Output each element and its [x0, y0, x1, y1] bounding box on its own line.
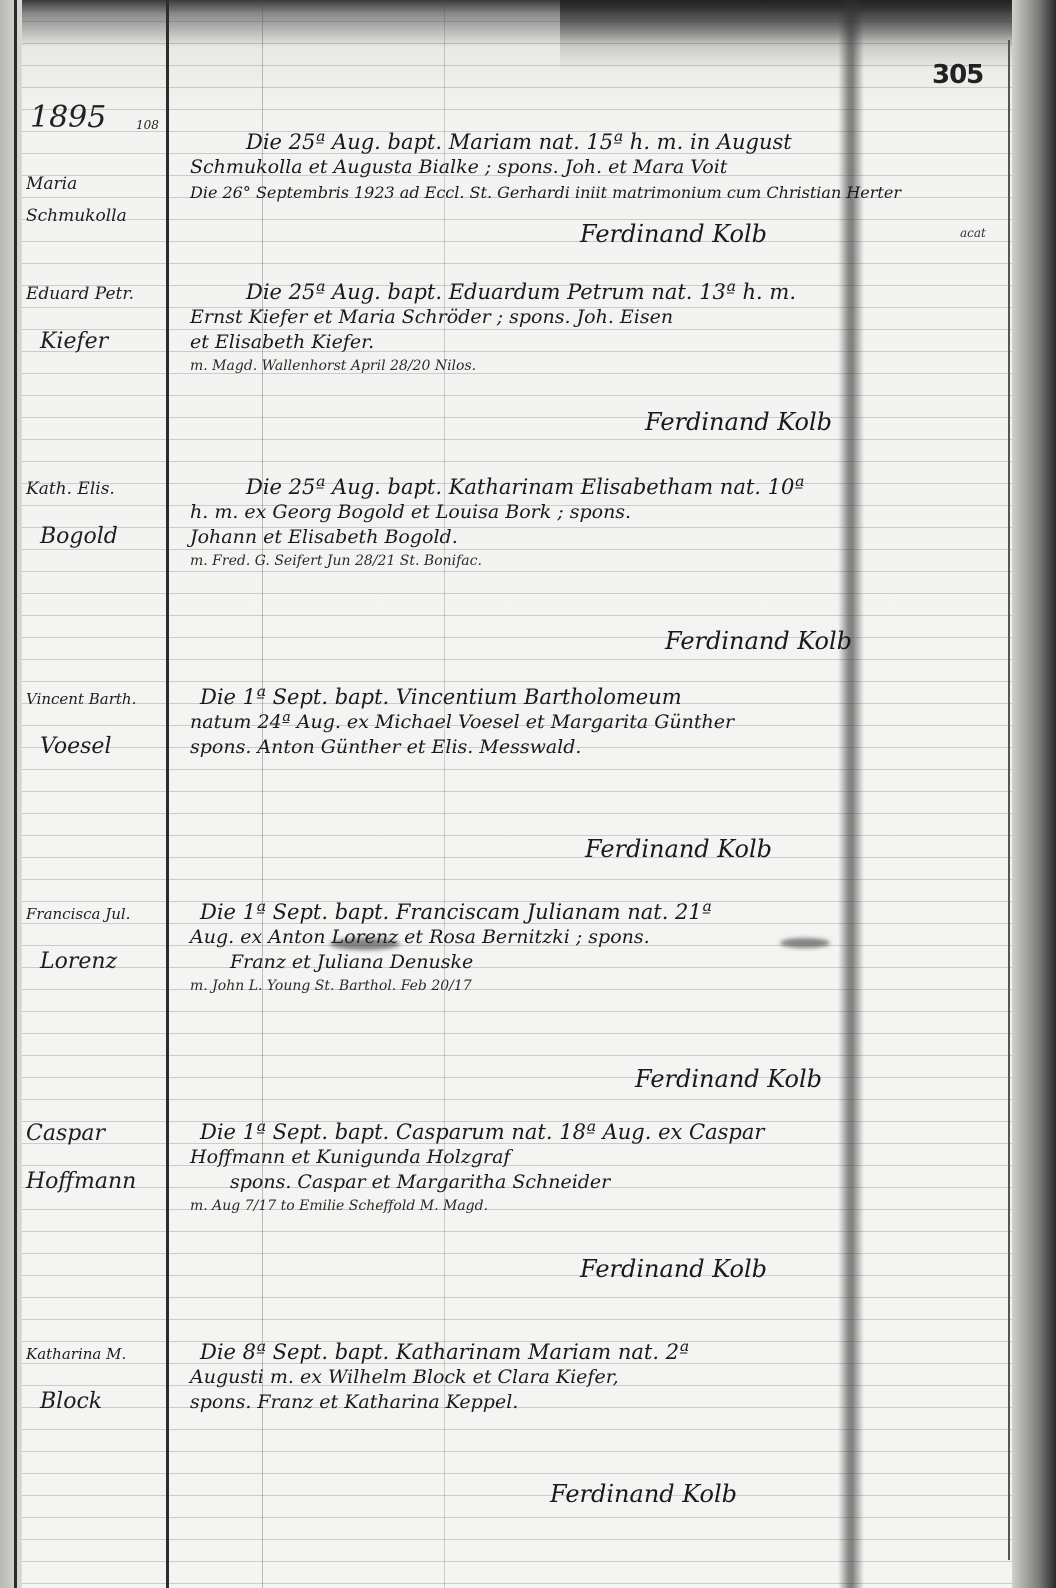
record-line: Aug. ex Anton Lorenz et Rosa Bernitzki ;…	[190, 925, 1010, 950]
record-line: spons. Caspar et Margaritha Schneider	[190, 1170, 1010, 1195]
baptism-record: Die 1ª Sept. bapt. Vincentium Bartholome…	[190, 685, 1010, 760]
ruled-line-right	[1008, 40, 1010, 1560]
ink-smudge	[780, 938, 830, 948]
marriage-annotation: m. Fred. G. Seifert Jun 28/21 St. Bonifa…	[190, 550, 1010, 572]
record-line: Die 26° Septembris 1923 ad Eccl. St. Ger…	[190, 180, 1010, 205]
child-given-name: Vincent Barth.	[26, 685, 166, 713]
child-surname: Bogold	[26, 523, 166, 551]
child-name: Kath. Elis. Bogold	[26, 475, 166, 551]
entry-number: 108	[136, 118, 159, 132]
priest-signature: Ferdinand Kolb	[580, 1255, 767, 1283]
record-line: spons. Franz et Katharina Keppel.	[190, 1390, 1010, 1415]
child-surname: Hoffmann	[26, 1168, 166, 1196]
record-line: Augusti m. ex Wilhelm Block et Clara Kie…	[190, 1365, 1010, 1390]
child-given-name: Eduard Petr.	[26, 280, 166, 308]
baptism-record: Die 25ª Aug. bapt. Katharinam Elisabetha…	[190, 475, 1010, 572]
record-line: Johann et Elisabeth Bogold.	[190, 525, 1010, 550]
record-line: Ernst Kiefer et Maria Schröder ; spons. …	[190, 305, 1010, 330]
child-given-name: Caspar	[26, 1120, 166, 1148]
record-line: Schmukolla et Augusta Bialke ; spons. Jo…	[190, 155, 1010, 180]
left-margin	[0, 0, 22, 1588]
page-edge	[1012, 0, 1056, 1588]
priest-signature: Ferdinand Kolb	[645, 408, 832, 436]
record-line: Hoffmann et Kunigunda Holzgraf	[190, 1145, 1010, 1170]
priest-signature: Ferdinand Kolb	[580, 220, 767, 248]
child-name: Vincent Barth. Voesel	[26, 685, 166, 761]
priest-signature: Ferdinand Kolb	[585, 835, 772, 863]
child-given-name: Maria	[26, 170, 166, 198]
record-line: Die 25ª Aug. bapt. Katharinam Elisabetha…	[190, 475, 1010, 500]
record-line: Die 1ª Sept. bapt. Casparum nat. 18ª Aug…	[190, 1120, 1010, 1145]
child-name: Maria Schmukolla	[26, 170, 166, 230]
record-line: spons. Anton Günther et Elis. Messwald.	[190, 735, 1010, 760]
ruled-line-left	[14, 0, 17, 1588]
child-given-name: Kath. Elis.	[26, 475, 166, 503]
baptism-record: Die 8ª Sept. bapt. Katharinam Mariam nat…	[190, 1340, 1010, 1415]
child-given-name: Francisca Jul.	[26, 900, 166, 928]
baptism-record: Die 1ª Sept. bapt. Franciscam Julianam n…	[190, 900, 1010, 997]
ruled-line-name-column	[166, 0, 169, 1588]
child-surname: Schmukolla	[26, 202, 166, 230]
record-line: Die 1ª Sept. bapt. Vincentium Bartholome…	[190, 685, 1010, 710]
page-number: 305	[932, 60, 983, 90]
marriage-annotation: m. Aug 7/17 to Emilie Scheffold M. Magd.	[190, 1195, 1010, 1217]
marriage-annotation: m. John L. Young St. Barthol. Feb 20/17	[190, 975, 1010, 997]
record-line: Die 25ª Aug. bapt. Eduardum Petrum nat. …	[190, 280, 1010, 305]
register-year: 1895	[30, 100, 106, 135]
baptism-record: Die 25ª Aug. bapt. Mariam nat. 15ª h. m.…	[190, 130, 1010, 205]
child-surname: Block	[26, 1388, 166, 1416]
child-given-name: Katharina M.	[26, 1340, 166, 1368]
record-line: et Elisabeth Kiefer.	[190, 330, 1010, 355]
child-surname: Voesel	[26, 733, 166, 761]
child-surname: Lorenz	[26, 948, 166, 976]
record-line: Franz et Juliana Denuske	[190, 950, 1010, 975]
record-line: natum 24ª Aug. ex Michael Voesel et Marg…	[190, 710, 1010, 735]
record-line: h. m. ex Georg Bogold et Louisa Bork ; s…	[190, 500, 1010, 525]
baptism-record: Die 1ª Sept. bapt. Casparum nat. 18ª Aug…	[190, 1120, 1010, 1217]
priest-signature: Ferdinand Kolb	[665, 627, 852, 655]
child-name: Caspar Hoffmann	[26, 1120, 166, 1196]
record-line: Die 25ª Aug. bapt. Mariam nat. 15ª h. m.…	[190, 130, 1010, 155]
child-name: Katharina M. Block	[26, 1340, 166, 1416]
ink-smudge	[330, 938, 400, 950]
margin-note: acat	[960, 226, 986, 240]
priest-signature: Ferdinand Kolb	[635, 1065, 822, 1093]
marriage-annotation: m. Magd. Wallenhorst April 28/20 Nilos.	[190, 355, 1010, 377]
baptism-record: Die 25ª Aug. bapt. Eduardum Petrum nat. …	[190, 280, 1010, 377]
record-line: Die 1ª Sept. bapt. Franciscam Julianam n…	[190, 900, 1010, 925]
child-name: Eduard Petr. Kiefer	[26, 280, 166, 356]
priest-signature: Ferdinand Kolb	[550, 1480, 737, 1508]
child-surname: Kiefer	[26, 328, 166, 356]
child-name: Francisca Jul. Lorenz	[26, 900, 166, 976]
record-line: Die 8ª Sept. bapt. Katharinam Mariam nat…	[190, 1340, 1010, 1365]
